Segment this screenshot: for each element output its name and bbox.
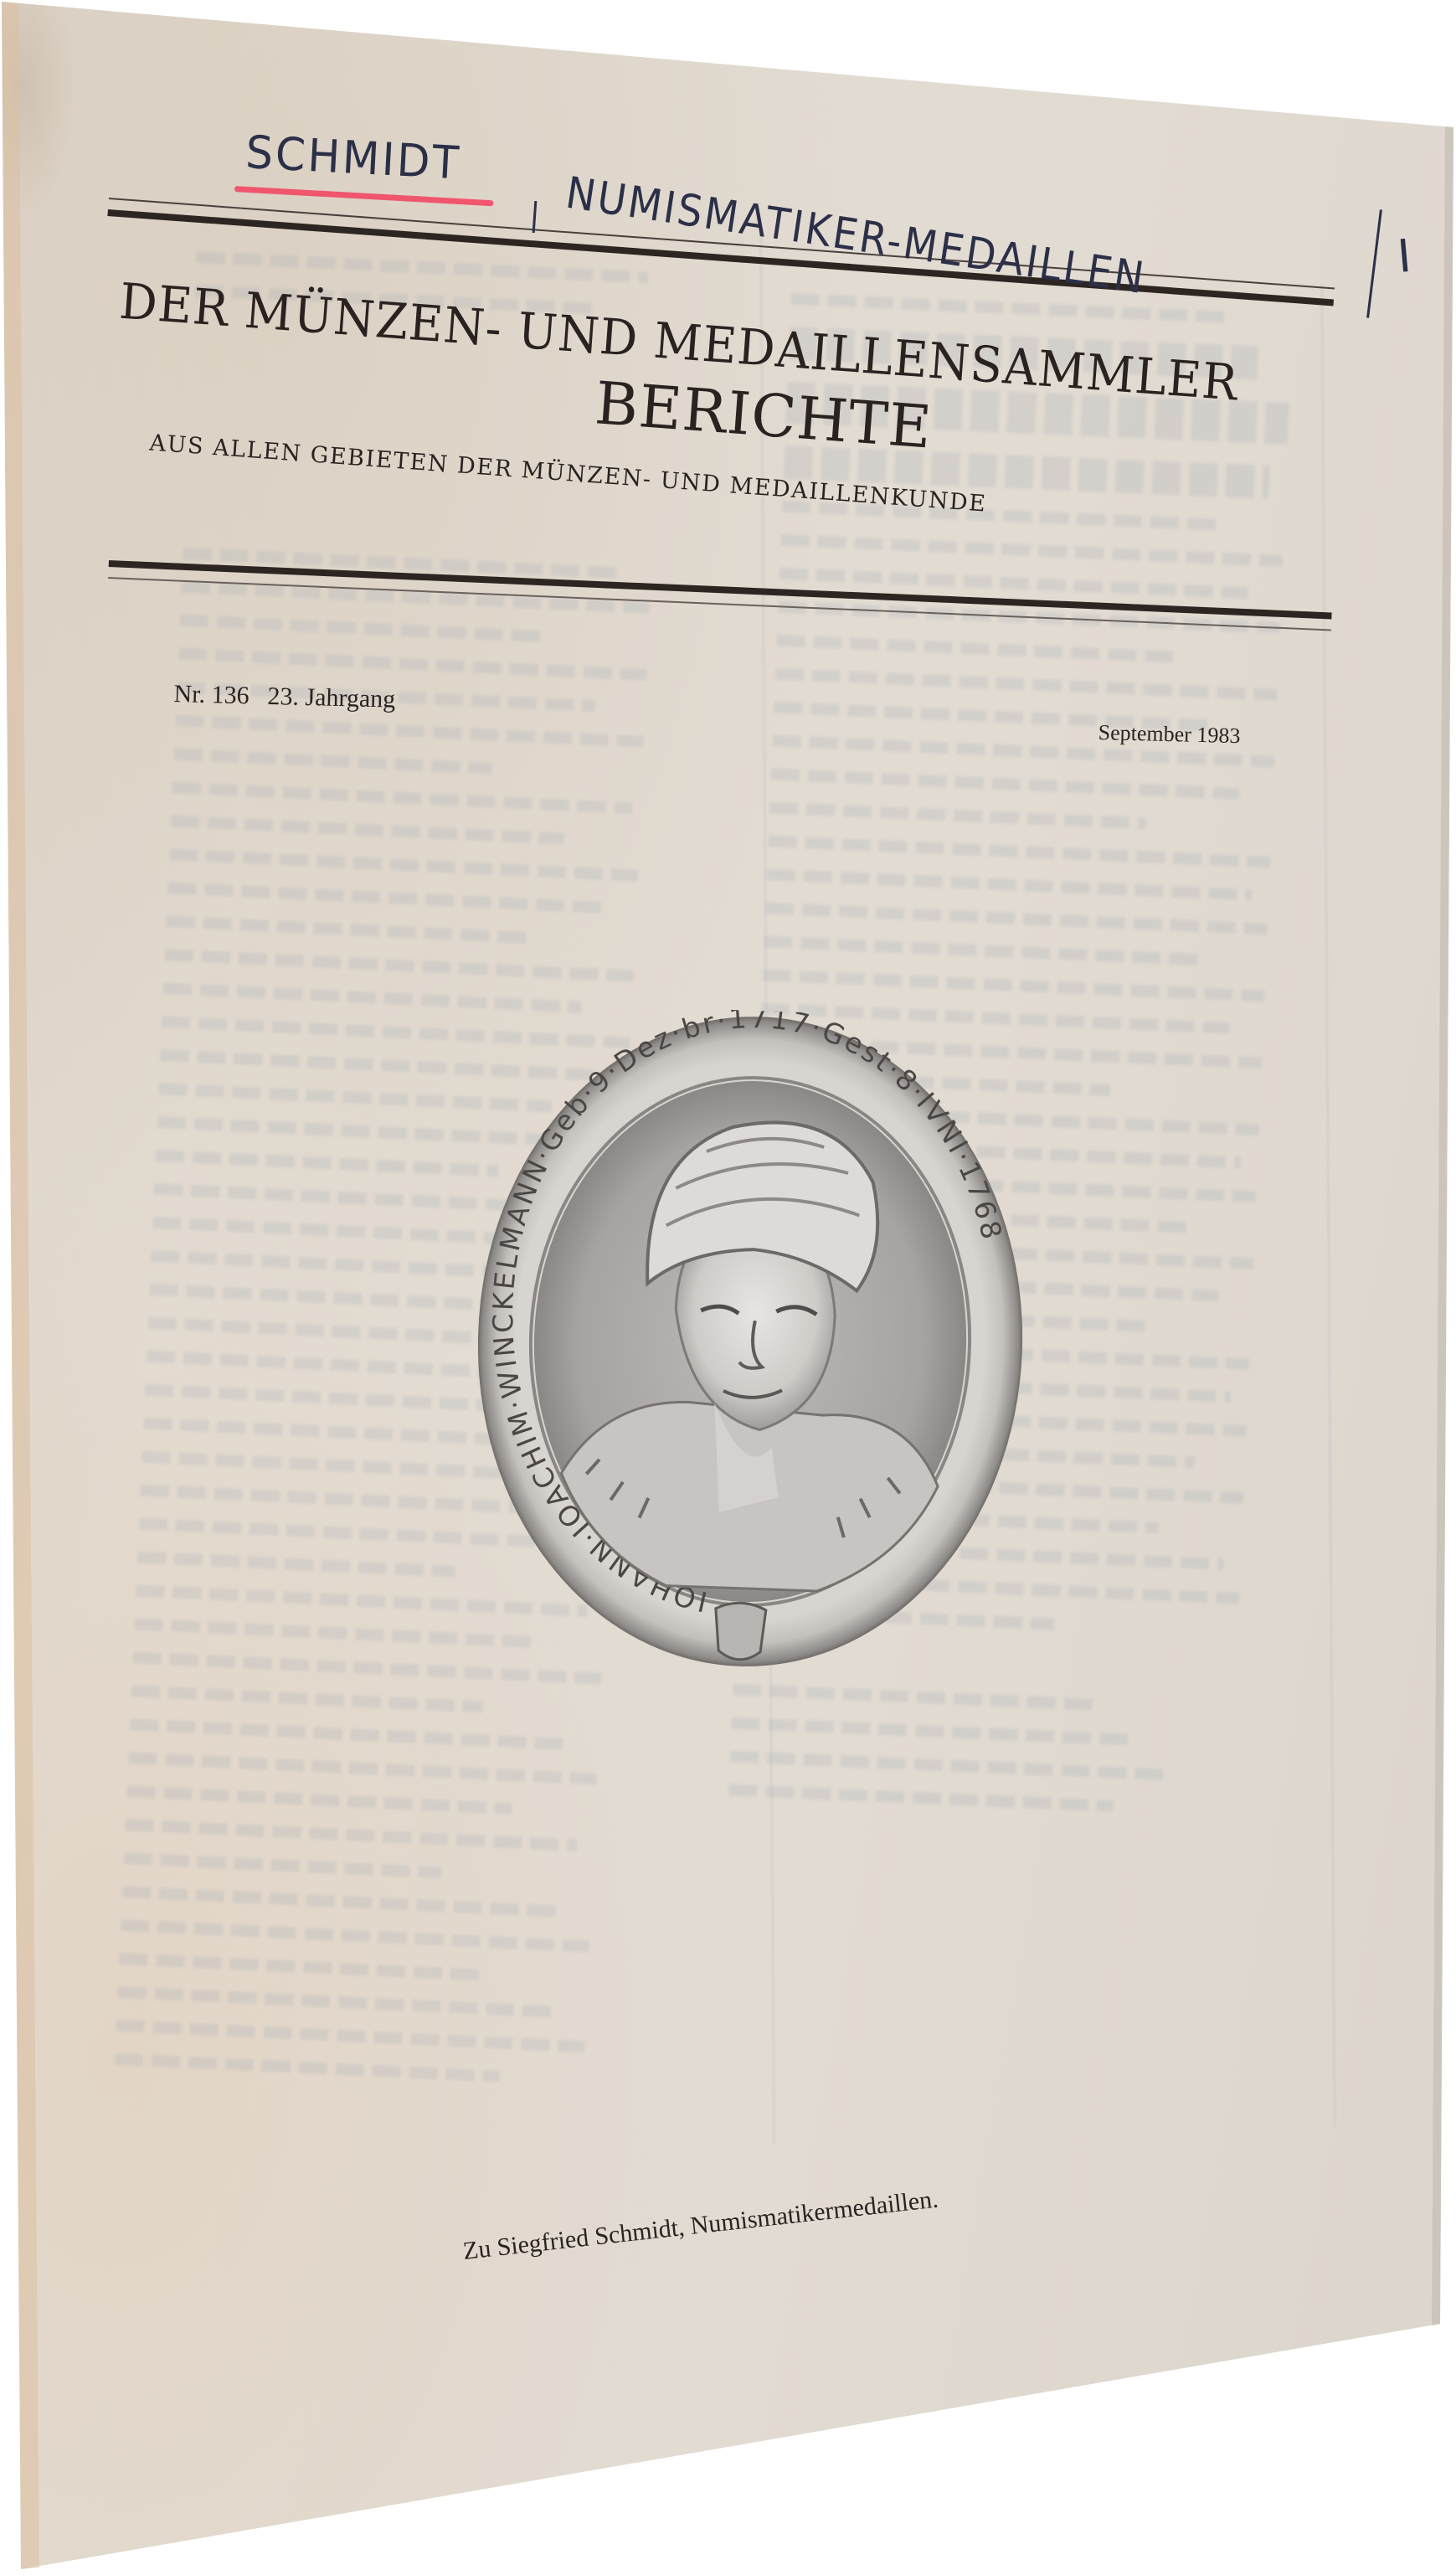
portrait-medal-image: IOHANN·IOACHIM·WINCKELMANN·Geb·9·Dez·br·… <box>462 1002 1037 1682</box>
show-through-column-rule <box>1320 285 1335 2127</box>
photo-stage: DER MÜNZEN- UND MEDAILLENSAMMLER BERICHT… <box>0 0 1456 2575</box>
issue-date: September 1983 <box>1098 720 1240 749</box>
medal-monogram-shield <box>714 1602 766 1661</box>
issue-number-volume: Nr. 13623. Jahrgang <box>173 680 396 714</box>
issue-volume: 23. Jahrgang <box>267 682 396 713</box>
issue-number: Nr. 136 <box>173 680 250 709</box>
